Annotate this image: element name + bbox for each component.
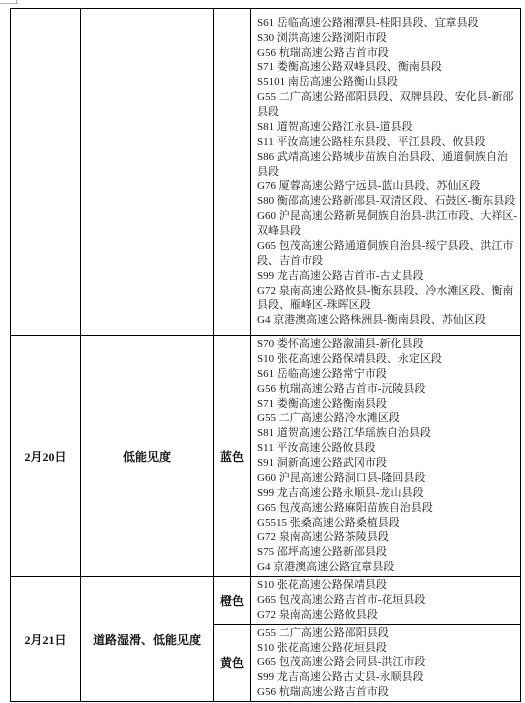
- date-cell: [11, 9, 81, 336]
- roads-list: S10 张花高速公路保靖县段G65 包茂高速公路吉首市-花垣县段G72 泉南高速…: [251, 577, 520, 624]
- document-page: S61 岳临高速公路湘潭县-桂阳县段、宜章县段S30 浏洪高速公路浏阳市段G56…: [0, 0, 525, 703]
- road-segment-text: G76 厦蓉高速公路宁远县-蓝山县段、苏仙区段: [257, 179, 518, 194]
- road-segment-text: G55 二广高速公路冷水滩区段: [257, 411, 518, 426]
- condition-cell: [81, 9, 214, 336]
- road-segment-text: S81 道贺高速公路江永县-道县段: [257, 120, 518, 135]
- road-segment-text: G65 包茂高速公路会同县-洪江市段: [257, 655, 518, 670]
- road-segment-text: S11 平汝高速公路攸县段: [257, 441, 518, 456]
- road-segment-text: S61 岳临高速公路常宁市段: [257, 367, 518, 382]
- road-segment-text: S10 张花高速公路花垣县段: [257, 641, 518, 656]
- road-segment-text: G72 泉南高速公路攸县段: [257, 608, 518, 623]
- roads-cell: S61 岳临高速公路湘潭县-桂阳县段、宜章县段S30 浏洪高速公路浏阳市段G56…: [251, 9, 521, 336]
- warning-color-cell: 蓝色: [214, 336, 251, 577]
- road-segment-text: S10 张花高速公路保靖县段、永定区段: [257, 352, 518, 367]
- roads-cell: S10 张花高速公路保靖县段G65 包茂高速公路吉首市-花垣县段G72 泉南高速…: [251, 577, 521, 625]
- road-segment-text: G55 二广高速公路邵阳县段、双牌县段、安化县-新邵县段: [257, 90, 518, 120]
- road-segment-text: S99 龙吉高速公路古丈县-永顺县段: [257, 670, 518, 685]
- road-segment-text: G55 二广高速公路邵阳县段: [257, 626, 518, 641]
- road-segment-text: G65 包茂高速公路麻阳苗族自治县段: [257, 501, 518, 516]
- road-segment-text: G56 杭瑞高速公路吉首市-沅陵县段: [257, 382, 518, 397]
- warning-color-label: 橙色: [220, 594, 244, 608]
- road-segment-text: G65 包茂高速公路通道侗族自治县-绥宁县段、洪江市段、吉首市段: [257, 239, 518, 269]
- road-segment-text: G56 杭瑞高速公路吉首市段: [257, 46, 518, 61]
- road-segment-text: G72 泉南高速公路茶陵县段: [257, 530, 518, 545]
- road-segment-text: G56 杭瑞高速公路吉首市段: [257, 685, 518, 700]
- roads-list: S70 娄怀高速公路溆浦县-新化县段S10 张花高速公路保靖县段、永定区段S61…: [251, 336, 520, 576]
- road-segment-text: G65 包茂高速公路吉首市-花垣县段: [257, 593, 518, 608]
- road-segment-text: S91 洞新高速公路武冈市段: [257, 456, 518, 471]
- condition-label: 低能见度: [123, 450, 171, 464]
- road-segment-text: S99 龙吉高速公路永顺县-龙山县段: [257, 486, 518, 501]
- road-segment-text: S30 浏洪高速公路浏阳市段: [257, 31, 518, 46]
- road-segment-text: G5515 张桑高速公路桑植县段: [257, 516, 518, 531]
- date-label: 2月20日: [24, 450, 66, 464]
- warning-color-cell: 黄色: [214, 624, 251, 701]
- roads-cell: G55 二广高速公路邵阳县段S10 张花高速公路花垣县段G65 包茂高速公路会同…: [251, 624, 521, 701]
- road-segment-text: S11 平汝高速公路桂东县段、平江县段、攸县段: [257, 135, 518, 150]
- date-label: 2月21日: [24, 633, 66, 647]
- condition-cell: 低能见度: [81, 336, 214, 577]
- road-segment-text: G60 沪昆高速公路洞口县-隆回县段: [257, 471, 518, 486]
- road-segment-text: S61 岳临高速公路湘潭县-桂阳县段、宜章县段: [257, 16, 518, 31]
- roads-list: S61 岳临高速公路湘潭县-桂阳县段、宜章县段S30 浏洪高速公路浏阳市段G56…: [251, 15, 520, 329]
- warning-color-cell: [214, 9, 251, 336]
- road-segment-text: S99 龙吉高速公路吉首市-古丈县段: [257, 269, 518, 284]
- road-segment-text: S81 道贺高速公路江华瑶族自治县段: [257, 426, 518, 441]
- condition-label: 道路湿滑、低能见度: [93, 633, 201, 647]
- date-cell: 2月20日: [11, 336, 81, 577]
- road-segment-text: S5101 南岳高速公路衡山县段: [257, 75, 518, 90]
- road-segment-text: S10 张花高速公路保靖县段: [257, 578, 518, 593]
- roads-list: G55 二广高速公路邵阳县段S10 张花高速公路花垣县段G65 包茂高速公路会同…: [251, 625, 520, 701]
- condition-cell: 道路湿滑、低能见度: [81, 577, 214, 702]
- table-row: S61 岳临高速公路湘潭县-桂阳县段、宜章县段S30 浏洪高速公路浏阳市段G56…: [11, 9, 521, 336]
- road-segment-text: S75 邵坪高速公路新邵县段: [257, 545, 518, 560]
- road-segment-text: G60 沪昆高速公路新晃侗族自治县-洪江市段、大祥区-双峰县段: [257, 209, 518, 239]
- road-segment-text: G4 京港澳高速公路宜章县段: [257, 560, 518, 575]
- warning-color-label: 蓝色: [220, 450, 244, 464]
- table-row: 2月20日 低能见度 蓝色 S70 娄怀高速公路溆浦县-新化县段S10 张花高速…: [11, 336, 521, 577]
- road-warning-table: S61 岳临高速公路湘潭县-桂阳县段、宜章县段S30 浏洪高速公路浏阳市段G56…: [10, 8, 521, 702]
- warning-color-cell: 橙色: [214, 577, 251, 625]
- road-segment-text: G4 京港澳高速公路株洲县-衡南县段、苏仙区段: [257, 313, 518, 328]
- road-segment-text: S71 娄衡高速公路双峰县段、衡南县段: [257, 60, 518, 75]
- table-row: 2月21日 道路湿滑、低能见度 橙色 S10 张花高速公路保靖县段G65 包茂高…: [11, 577, 521, 625]
- road-segment-text: G72 泉南高速公路攸县-衡东县段、冷水滩区段、衡南县段、雁峰区-珠晖区段: [257, 284, 518, 314]
- cropped-gridline-vertical: [16, 0, 17, 4]
- road-segment-text: S86 武靖高速公路城步苗族自治县段、通道侗族自治县段: [257, 150, 518, 180]
- road-segment-text: S71 娄衡高速公路衡南县段: [257, 397, 518, 412]
- road-segment-text: S70 娄怀高速公路溆浦县-新化县段: [257, 337, 518, 352]
- road-segment-text: S80 衡邵高速公路新邵县-双清区段、石鼓区-衡东县段: [257, 194, 518, 209]
- date-cell: 2月21日: [11, 577, 81, 702]
- roads-cell: S70 娄怀高速公路溆浦县-新化县段S10 张花高速公路保靖县段、永定区段S61…: [251, 336, 521, 577]
- warning-color-label: 黄色: [220, 656, 244, 670]
